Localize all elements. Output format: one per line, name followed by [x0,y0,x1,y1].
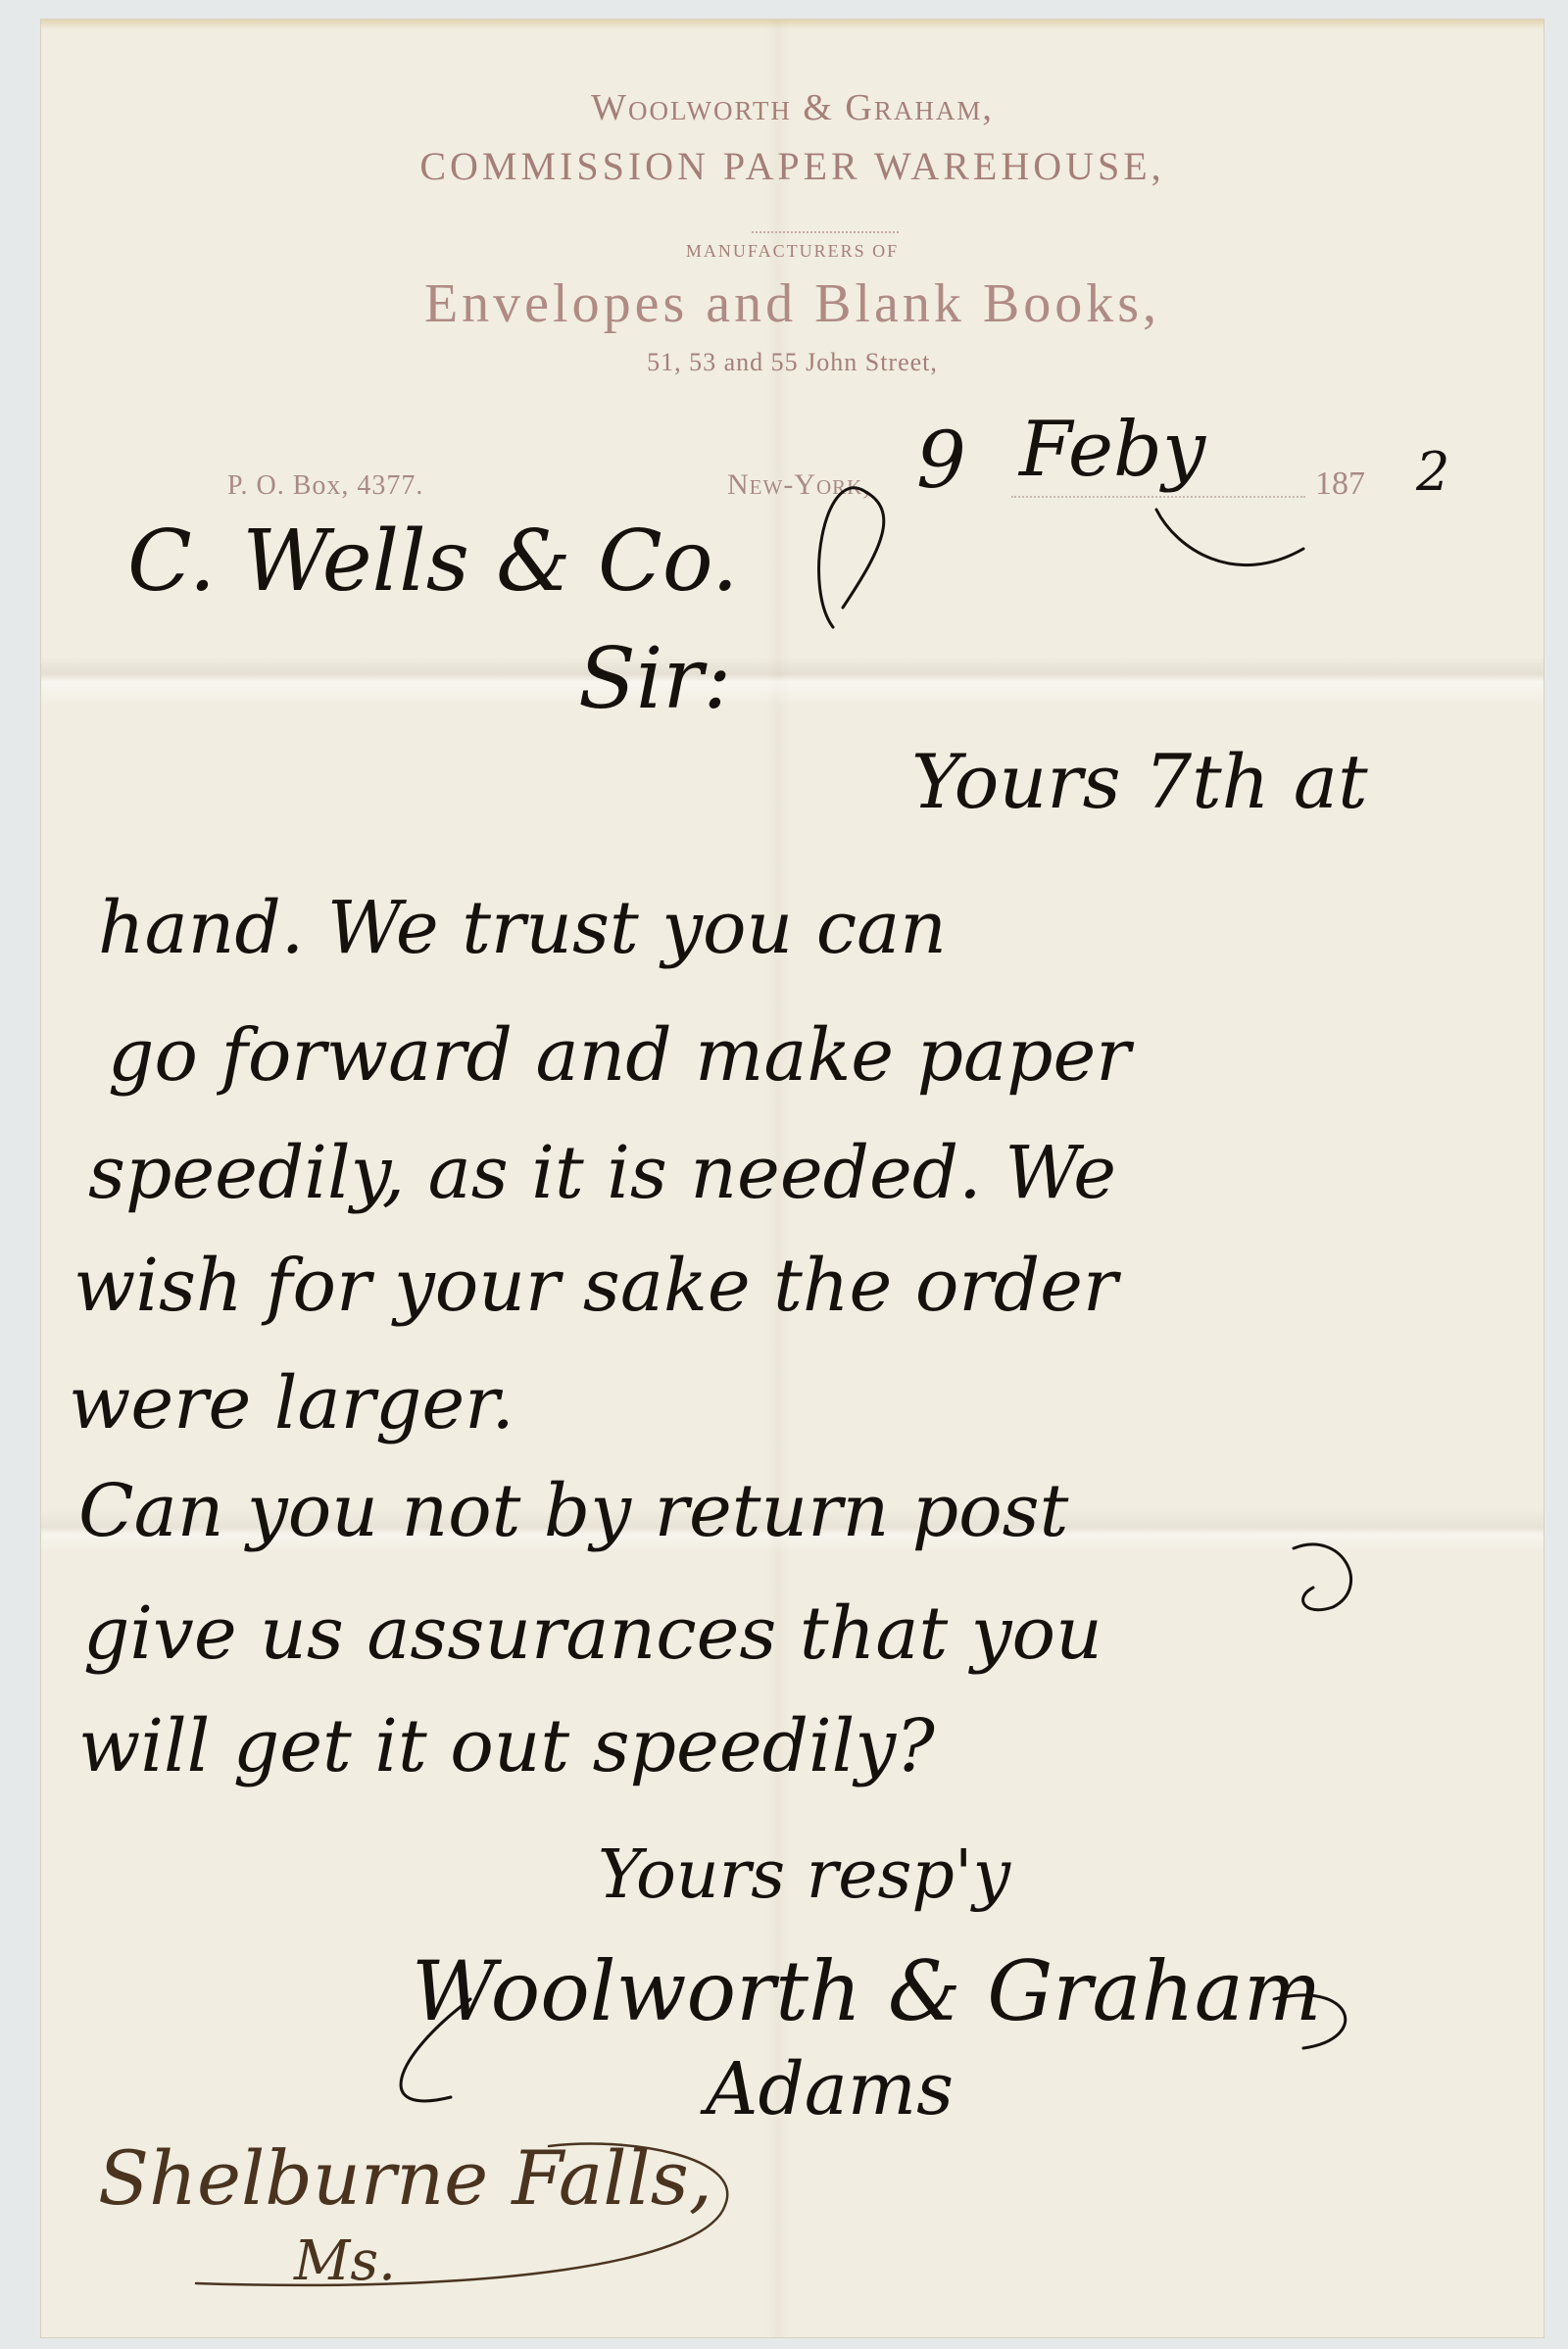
closing: Yours resp'y [598,1842,1010,1909]
recipient-state: Ms. [294,2234,396,2289]
salutation: Sir: [578,637,732,721]
body-line: speedily, as it is needed. We [88,1137,1116,1209]
letterhead-po-box: P. O. Box, 4377. [227,470,423,502]
recipient-place: Shelburne Falls, [98,2141,712,2216]
date-year-digit: 2 [1416,446,1449,499]
letterhead-ornament [752,225,899,233]
body-line: hand. We trust you can [98,892,947,964]
addressee: C. Wells & Co. [127,519,738,604]
body-line: give us assurances that you [83,1597,1102,1670]
letterhead-year-prefix: 187 [1315,465,1365,503]
date-day: 9 [916,421,966,500]
date-month: Feby [1019,412,1205,488]
letterhead-products: Envelopes and Blank Books, [41,272,1543,335]
letterhead-city: New-York, [727,468,871,502]
body-line: Can you not by return post [78,1475,1068,1547]
body-line: were larger. [69,1367,514,1440]
body-line: wish for your sake the order [73,1249,1117,1322]
signature-name: Adams [706,2053,954,2126]
body-line: Yours 7th at [911,745,1368,819]
letterhead-address: 51, 53 and 55 John Street, [41,348,1543,377]
body-line: will get it out speedily? [78,1710,935,1783]
date-line [1011,496,1305,498]
letterhead-manufacturers-label: MANUFACTURERS OF [41,241,1543,262]
signature-firm: Woolworth & Graham [412,1950,1321,2032]
letterhead-business: COMMISSION PAPER WAREHOUSE, [41,143,1543,189]
body-line: go forward and make paper [108,1019,1131,1092]
letterhead-firm-name: Woolworth & Graham, [41,86,1543,129]
